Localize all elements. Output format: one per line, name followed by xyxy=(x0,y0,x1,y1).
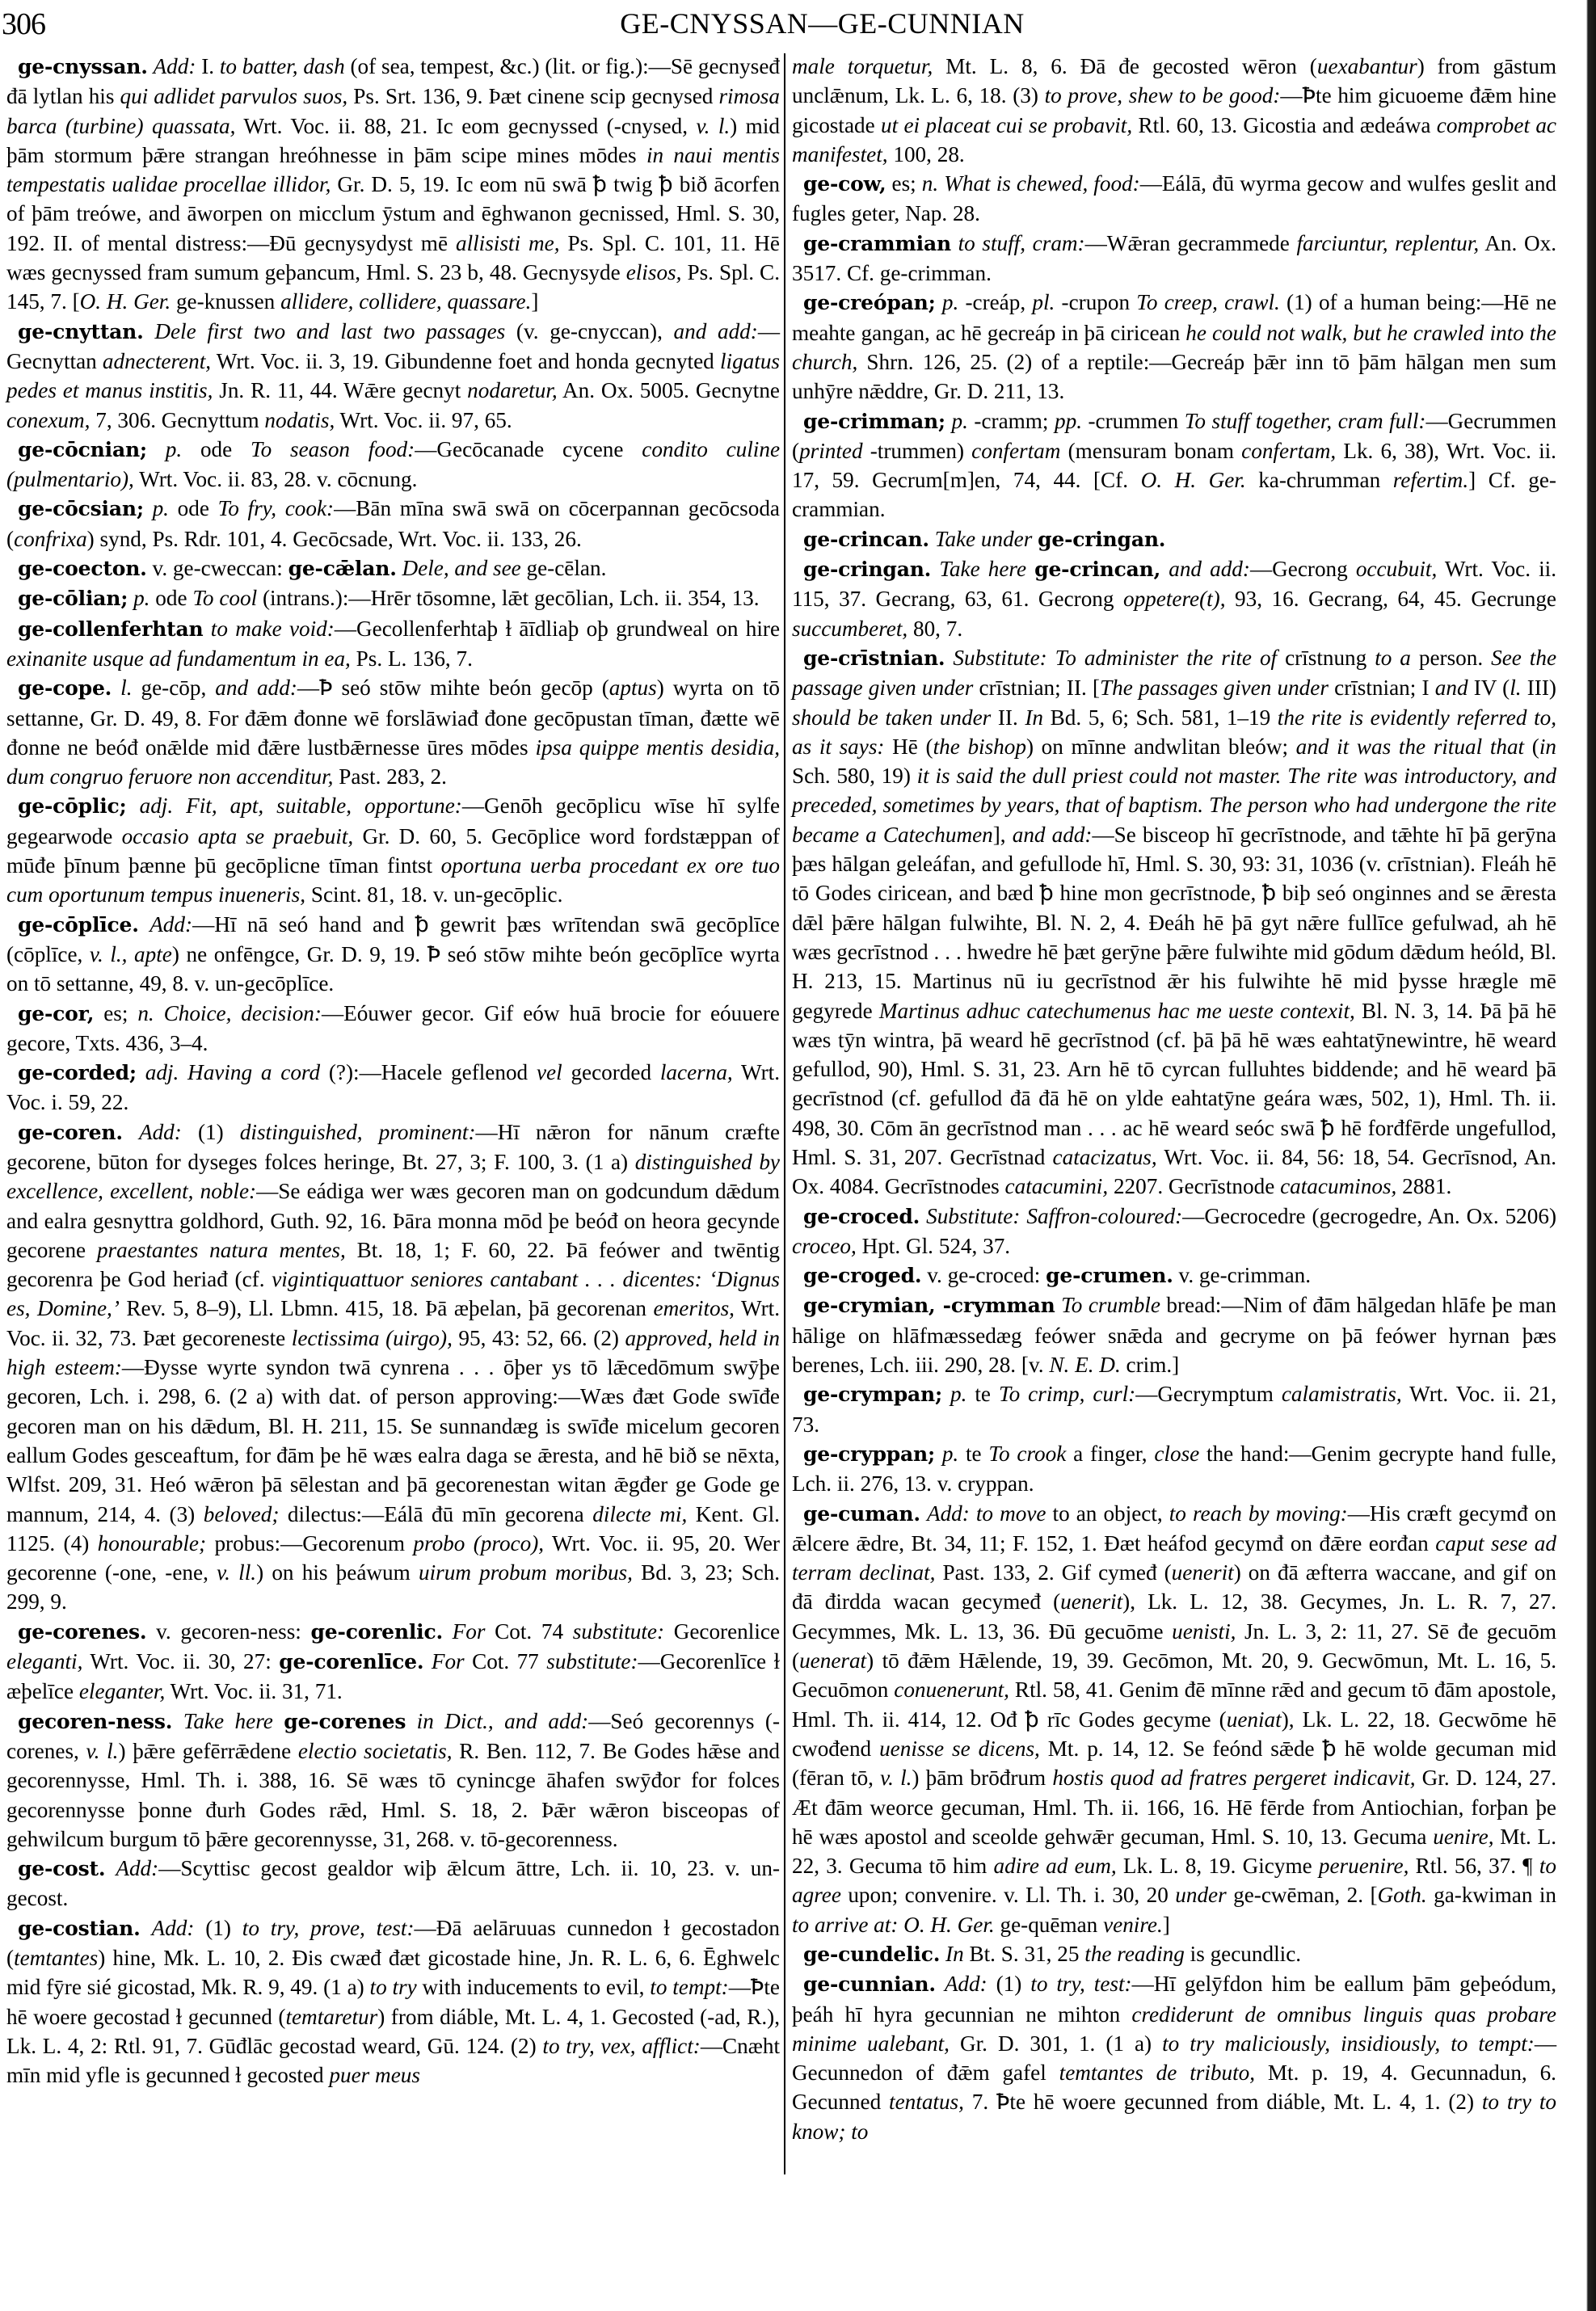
entry-text: 95, 43: 52, 66. (2) xyxy=(453,1326,625,1350)
entry-text: ], xyxy=(993,823,1013,847)
entry-text xyxy=(423,1649,431,1673)
italic-text: occasio apta se praebuit, xyxy=(122,824,354,848)
entry-headword: ge-crammian xyxy=(803,232,951,255)
entry-text: ] xyxy=(531,289,538,314)
italic-text: electio societatis, xyxy=(298,1739,453,1763)
italic-text: catacumini, xyxy=(1005,1174,1109,1198)
italic-text: adnecterent, xyxy=(103,349,211,373)
italic-text: uenerat xyxy=(799,1648,866,1673)
italic-text: to try, prove, test: xyxy=(242,1916,415,1940)
dictionary-entry: ge-costian. Add: (1) to try, prove, test… xyxy=(6,1913,780,2090)
entry-text: is gecundlic. xyxy=(1185,1942,1301,1966)
entry-text: II. xyxy=(991,705,1025,730)
italic-text: substitute: xyxy=(573,1619,664,1644)
entry-text xyxy=(931,557,939,581)
italic-text: eleganter, xyxy=(79,1679,165,1703)
entry-text: ) þǣre gefērrǣdene xyxy=(118,1739,297,1763)
entry-text xyxy=(172,1709,183,1733)
entry-text: te xyxy=(958,1442,988,1466)
italic-text: p. xyxy=(153,496,169,520)
entry-text: ( xyxy=(1524,735,1539,759)
entry-text: Bl. N. 3, 14. Þā þā hē wæs tȳn wintra, þ… xyxy=(792,999,1556,1169)
entry-text: ode xyxy=(149,586,192,610)
italic-text: to arrive at: O. H. Ger. xyxy=(792,1913,995,1937)
entry-headword: ge-cor, xyxy=(18,1002,94,1025)
dictionary-entry: ge-crympan; p. te To crimp, curl:—Gecrym… xyxy=(792,1379,1556,1439)
entry-headword: ge-cuman. xyxy=(803,1502,920,1526)
italic-text: To crook xyxy=(988,1442,1066,1466)
entry-text: Ps. Srt. 136, 9. Þæt cinene scip gecnyse… xyxy=(347,84,718,108)
entry-text: Wrt. Voc. ii. 97, 65. xyxy=(335,408,512,432)
dictionary-entry: ge-coren. Add: (1) distinguished, promin… xyxy=(6,1118,780,1617)
entry-text: ge-quēman xyxy=(995,1913,1103,1937)
italic-text: adj. Fit, apt, suitable, opportune: xyxy=(140,793,462,818)
entry-text: Wrt. Voc. ii. 88, 21. Ic eom gecnyssed (… xyxy=(235,114,696,138)
entry-text: te xyxy=(966,1382,999,1406)
italic-text: n. Choice, decision: xyxy=(137,1001,322,1025)
entry-text xyxy=(1160,557,1169,581)
entry-text: Wrt. Voc. ii. 3, 19. Gibundenne foet and… xyxy=(211,349,720,373)
dictionary-entry: ge-crimman; p. -cramm; pp. -crummen To s… xyxy=(792,406,1556,524)
italic-text: Add: xyxy=(152,1916,195,1940)
entry-text xyxy=(137,1060,145,1084)
entry-text: dilectus:—Eálā đū mīn gecorena xyxy=(279,1502,592,1526)
italic-text: ueniat xyxy=(1227,1707,1282,1732)
entry-headword: ge-cunnian. xyxy=(803,1972,936,1996)
italic-text: N. E. D. xyxy=(1049,1353,1120,1377)
entry-headword: ge-collenferhtan xyxy=(18,617,203,641)
entry-headword: ge-cōlian; xyxy=(18,587,128,610)
italic-text: eleganti, xyxy=(6,1649,82,1673)
entry-text xyxy=(406,1709,416,1733)
entry-headword: ge-croced. xyxy=(803,1205,920,1228)
italic-text: ut ei placeat cui se probavit, xyxy=(881,113,1132,137)
italic-text: pl. xyxy=(1032,290,1055,314)
entry-text xyxy=(1026,557,1034,581)
italic-text: confertam xyxy=(971,439,1060,463)
entry-text: v. gecoren-ness: xyxy=(146,1619,310,1644)
entry-text: Gr. D. 301, 1. (1 a) xyxy=(950,2031,1162,2056)
entry-text: -cramm; xyxy=(968,409,1055,433)
italic-text: to try xyxy=(370,1975,417,1999)
dictionary-entry: ge-cunnian. Add: (1) to try, test:—Hī ge… xyxy=(792,1969,1556,2146)
italic-text: Add: xyxy=(154,54,196,78)
entry-text: ga-kwiman in xyxy=(1427,1883,1556,1907)
dictionary-entry: male torquetur, Mt. L. 8, 6. Đā đe gecos… xyxy=(792,52,1556,169)
italic-text: praestantes natura mentes, xyxy=(97,1238,346,1262)
entry-text: 80, 7. xyxy=(907,617,962,641)
italic-text: tentatus, xyxy=(889,2090,964,2114)
entry-text: (?):—Hacele geflenod xyxy=(320,1060,537,1084)
italic-text: distinguished, prominent: xyxy=(240,1120,476,1144)
italic-text: in xyxy=(1539,735,1556,759)
entry-text: ] xyxy=(1163,1913,1170,1937)
dictionary-entry: ge-cnyssan. Add: I. to batter, dash (of … xyxy=(6,52,780,317)
italic-text: uenire, xyxy=(1433,1825,1493,1849)
dictionary-entry: ge-cōplic; adj. Fit, apt, suitable, oppo… xyxy=(6,791,780,909)
cross-ref-headword: ge-cǣlan. xyxy=(288,557,397,580)
entry-text: crim.] xyxy=(1121,1353,1179,1377)
italic-text: in Dict., and add: xyxy=(417,1709,589,1733)
entry-text: —Gecrong xyxy=(1250,557,1356,581)
entry-headword: gecoren-ness. xyxy=(18,1710,172,1733)
italic-text: to try maliciously, insidiously, to temp… xyxy=(1162,2031,1535,2056)
entry-text: Cot. 74 xyxy=(485,1619,572,1644)
dictionary-entry: ge-cryppan; p. te To crook a finger, clo… xyxy=(792,1439,1556,1499)
italic-text: confrixa xyxy=(14,527,87,551)
entry-text: ge-knussen xyxy=(171,289,280,314)
italic-text: O. H. Ger. xyxy=(1141,468,1246,492)
dictionary-entry: ge-crincan. Take under ge-cringan. xyxy=(792,524,1556,554)
italic-text: exinanite usque ad fundamentum in ea, xyxy=(6,646,351,671)
italic-text: The passages given under xyxy=(1100,676,1329,700)
dictionary-entry: ge-coecton. v. ge-cweccan: ge-cǣlan. Del… xyxy=(6,554,780,583)
italic-text: croceo, xyxy=(792,1234,857,1258)
italic-text: l. xyxy=(120,676,132,700)
entry-text: Ps. L. 136, 7. xyxy=(351,646,473,671)
italic-text: To fry, cook: xyxy=(218,496,335,520)
entry-text xyxy=(144,319,155,343)
italic-text: refertim. xyxy=(1393,468,1468,492)
dictionary-entry: ge-cnyttan. Dele first two and last two … xyxy=(6,317,780,435)
italic-text: puer meus xyxy=(329,2063,420,2087)
entry-text: Jn. R. 11, 44. Wǣre gecnyt xyxy=(213,378,467,402)
entry-headword: ge-crincan. xyxy=(803,528,929,551)
entry-text: 7. Ꝥte hē woere gecunned from diáble, Mt… xyxy=(964,2090,1482,2114)
italic-text: adj. Having a cord xyxy=(145,1060,320,1084)
entry-text: —Se bisceop hī gecrīstnode, and tǣhte hī… xyxy=(792,823,1556,1023)
entry-headword: ge-corenes. xyxy=(18,1620,146,1644)
entry-headword: ge-coecton. xyxy=(18,557,147,580)
entry-text xyxy=(123,1120,139,1144)
entry-text xyxy=(935,1442,942,1466)
entry-headword: ge-cōcsian; xyxy=(18,497,144,520)
italic-text: To cool xyxy=(192,586,257,610)
dictionary-entry: gecoren-ness. Take here ge-corenes in Di… xyxy=(6,1707,780,1854)
entry-headword: ge-costian. xyxy=(18,1917,141,1940)
italic-text: nodatis, xyxy=(264,408,335,432)
dictionary-entry: ge-cow, es; n. What is chewed, food:—Eál… xyxy=(792,169,1556,229)
italic-text: p. xyxy=(951,409,967,433)
entry-text: —Gecrymptum xyxy=(1135,1382,1282,1406)
entry-text xyxy=(936,1972,945,1996)
italic-text: to reach by moving: xyxy=(1169,1501,1348,1526)
italic-text: allisisti me, xyxy=(456,231,560,255)
italic-text: nodaretur, xyxy=(467,378,558,402)
entry-headword: ge-cōplic; xyxy=(18,794,127,818)
italic-text: uenerit xyxy=(1172,1560,1234,1585)
italic-text: v. l. xyxy=(880,1766,912,1790)
italic-text: to stuff, cram: xyxy=(958,231,1085,255)
italic-text: to try, vex, afflict: xyxy=(542,2034,700,2058)
column-divider xyxy=(784,53,785,2174)
italic-text: farciuntur, replentur, xyxy=(1296,231,1479,255)
entry-text xyxy=(105,1856,116,1880)
right-column: male torquetur, Mt. L. 8, 6. Đā đe gecos… xyxy=(792,52,1556,2146)
italic-text: Dele first two and last two passages xyxy=(154,319,505,343)
italic-text: n. What is chewed, food: xyxy=(922,171,1140,196)
entry-text: —Wǣran gecrammede xyxy=(1085,231,1297,255)
italic-text: Martinus adhuc catechumenus hac me ueste… xyxy=(879,999,1355,1023)
entry-text: Lk. L. 8, 19. Gicyme xyxy=(1117,1854,1319,1878)
italic-text: printed xyxy=(799,439,863,463)
entry-headword: ge-crimman; xyxy=(803,410,945,433)
entry-text: Rtl. 56, 37. ¶ xyxy=(1409,1854,1539,1878)
italic-text: uenisti, xyxy=(1172,1619,1236,1644)
italic-text: p. xyxy=(166,437,182,461)
entry-headword: ge-croged. xyxy=(803,1264,921,1287)
italic-text: the bishop xyxy=(933,735,1026,759)
entry-text: ode xyxy=(182,437,251,461)
italic-text: To crumble xyxy=(1061,1293,1160,1317)
entry-text xyxy=(148,54,154,78)
italic-text: dilecte mi, xyxy=(592,1502,687,1526)
italic-text: substitute: xyxy=(546,1649,638,1673)
dictionary-entry: ge-croged. v. ge-croced: ge-crumen. v. g… xyxy=(792,1261,1556,1290)
dictionary-entry: ge-crīstnian. Substitute: To administer … xyxy=(792,643,1556,1202)
entry-text xyxy=(920,1204,926,1228)
entry-text: crīstnian; I xyxy=(1329,676,1435,700)
italic-text: To stuff together, cram full: xyxy=(1185,409,1426,433)
italic-text: temtantes xyxy=(14,1946,98,1970)
entry-text xyxy=(273,1709,284,1733)
dictionary-entry: ge-crymian, -crymman To crumble bread:—N… xyxy=(792,1290,1556,1379)
dictionary-entry: ge-corenes. v. gecoren-ness: ge-corenlic… xyxy=(6,1617,780,1707)
italic-text: catacuminos, xyxy=(1280,1174,1396,1198)
italic-text: probo (proco), xyxy=(413,1531,544,1555)
running-head: 306 GE-CNYSSAN—GE-CUNNIAN xyxy=(0,6,1596,55)
italic-text: p. xyxy=(133,586,149,610)
italic-text: v. ll. xyxy=(217,1560,256,1585)
entry-text: Sch. 580, 19) xyxy=(792,764,917,788)
entry-text: (mensuram bonam xyxy=(1060,439,1241,463)
entry-text: ode xyxy=(169,496,218,520)
entry-text: —Đysse wyrte syndon twā cynrena . . . ōþ… xyxy=(6,1355,780,1526)
italic-text: close xyxy=(1154,1442,1199,1466)
italic-text: beloved; xyxy=(204,1502,280,1526)
italic-text: uexabantur xyxy=(1317,54,1417,78)
entry-text: IV ( xyxy=(1468,676,1510,700)
entry-headword: ge-cnyttan. xyxy=(18,320,144,343)
entry-text: Rtl. 60, 13. Gicostia and ædeáwa xyxy=(1132,113,1437,137)
entry-text: Mt. L. 8, 6. Đā đe gecosted wēron ( xyxy=(933,54,1317,78)
italic-text: Add: to move xyxy=(927,1501,1046,1526)
italic-text: Dele, and see xyxy=(402,556,521,580)
italic-text: catacizatus, xyxy=(1053,1145,1157,1169)
italic-text: calamistratis, xyxy=(1282,1382,1402,1406)
italic-text: Take under xyxy=(935,527,1033,551)
italic-text: vel xyxy=(537,1060,562,1084)
italic-text: hostis quod ad fratres pergeret indicavi… xyxy=(1052,1766,1415,1790)
entry-headword: ge-coren. xyxy=(18,1121,123,1144)
italic-text: conuenerunt, xyxy=(894,1677,1009,1702)
dictionary-entry: ge-cōlian; p. ode To cool (intrans.):—Hr… xyxy=(6,583,780,613)
entry-text: Past. 283, 2. xyxy=(333,764,446,789)
dictionary-entry: ge-cōcsian; p. ode To fry, cook:—Bān mīn… xyxy=(6,494,780,554)
italic-text: and add: xyxy=(1169,557,1250,581)
entry-text xyxy=(144,496,153,520)
italic-text: and add: xyxy=(1013,823,1093,847)
italic-text: O. H. Ger. xyxy=(80,289,171,314)
italic-text: to prove, shew to be good: xyxy=(1045,83,1281,107)
cross-ref-headword: ge-corenes xyxy=(284,1710,406,1733)
italic-text: v. l. xyxy=(697,114,731,138)
italic-text: emeritos, xyxy=(654,1296,735,1320)
italic-text: pp. xyxy=(1055,409,1082,433)
italic-text: uirum probum moribus, xyxy=(419,1560,633,1585)
italic-text: aptus xyxy=(609,676,657,700)
italic-text: v. l., apte xyxy=(90,942,172,966)
entry-text: crīstnian; II. [ xyxy=(973,676,1100,700)
italic-text: male torquetur, xyxy=(792,54,933,78)
entry-text: (1) xyxy=(182,1120,240,1144)
entry-text: III) xyxy=(1522,676,1556,700)
entry-text: (1) xyxy=(987,1972,1031,1996)
entry-text: 93, 16. Gecrang, 64, 45. Gecrunge xyxy=(1226,587,1556,611)
entry-text: probus:—Gecorenum xyxy=(206,1531,413,1555)
entry-text: a finger, xyxy=(1066,1442,1154,1466)
entry-text: Bd. 5, 6; Sch. 581, 1–19 xyxy=(1043,705,1278,730)
cross-ref-headword: ge-corenlīce. xyxy=(279,1650,423,1673)
italic-text: Take here xyxy=(183,1709,273,1733)
italic-text: For xyxy=(453,1619,486,1644)
italic-text: Add: xyxy=(945,1972,987,1996)
dictionary-entry: ge-cōcnian; p. ode To season food:—Gecōc… xyxy=(6,435,780,495)
entry-text: Wrt. Voc. ii. 83, 28. v. cōcnung. xyxy=(134,467,418,491)
cross-ref-headword: ge-crumen. xyxy=(1046,1264,1173,1287)
italic-text: Add: xyxy=(149,912,192,937)
italic-text: Take here xyxy=(939,557,1026,581)
entry-text: -creáp, xyxy=(958,290,1032,314)
dictionary-entry: ge-crammian to stuff, cram:—Wǣran gecram… xyxy=(792,229,1556,288)
entry-text: Scint. 81, 18. v. un-gecōplic. xyxy=(305,882,562,907)
italic-text: to try, test: xyxy=(1030,1972,1131,1996)
dictionary-entry: ge-cope. l. ge-cōp, and add:—Ꝥ seó stōw … xyxy=(6,673,780,791)
italic-text: adire ad eum, xyxy=(994,1854,1117,1878)
italic-text: p. xyxy=(942,1442,958,1466)
italic-text: In xyxy=(945,1942,964,1966)
entry-text xyxy=(945,646,953,670)
italic-text: should be taken under xyxy=(792,705,991,730)
italic-text: uenerit xyxy=(1060,1589,1122,1614)
entry-text: I. xyxy=(196,54,219,78)
entry-text: ) þām brōđrum xyxy=(912,1766,1052,1790)
entry-text: ) on his þeáwum xyxy=(256,1560,419,1585)
entry-text: with inducements to evil, xyxy=(417,1975,651,1999)
italic-text: In xyxy=(1025,705,1043,730)
cross-ref-headword: ge-crincan, xyxy=(1034,558,1160,581)
italic-text: and add: xyxy=(215,676,297,700)
entry-text xyxy=(443,1619,453,1644)
entry-text: Bt. S. 31, 25 xyxy=(964,1942,1085,1966)
italic-text: temtaretur xyxy=(285,2005,377,2029)
italic-text: allidere, collidere, quassare. xyxy=(280,289,531,314)
italic-text: Substitute: To administer the rite of xyxy=(953,646,1277,670)
entry-text xyxy=(920,1501,927,1526)
entry-text: ) synd, Ps. Rdr. 101, 4. Gecōcsade, Wrt.… xyxy=(87,527,582,551)
entry-text xyxy=(951,231,958,255)
entry-text: —Ꝥ seó stōw mihte beón gecōp ( xyxy=(297,676,609,700)
left-column: ge-cnyssan. Add: I. to batter, dash (of … xyxy=(6,52,780,2090)
entry-text: (1) xyxy=(194,1916,242,1940)
entry-text: -trummen) xyxy=(863,439,972,463)
italic-text: lectissima (uirgo), xyxy=(292,1326,453,1350)
entry-text: -crupon xyxy=(1055,290,1136,314)
entry-headword: ge-cow, xyxy=(803,172,886,196)
italic-text: venire. xyxy=(1103,1913,1163,1937)
entry-text: 2207. Gecrīstnode xyxy=(1108,1174,1280,1198)
entry-text xyxy=(929,527,935,551)
italic-text: Substitute: Saffron-coloured: xyxy=(926,1204,1182,1228)
entry-text: upon; convenire. v. Ll. Th. i. 30, 20 xyxy=(841,1883,1175,1907)
entry-headword: ge-cringan. xyxy=(803,558,931,581)
entry-headword: ge-crīstnian. xyxy=(803,646,945,670)
entry-headword: ge-cōcnian; xyxy=(18,438,147,461)
italic-text: l. xyxy=(1510,676,1521,700)
entry-text: gecorded xyxy=(562,1060,660,1084)
italic-text: honourable; xyxy=(98,1531,206,1555)
cross-ref-headword: ge-cringan. xyxy=(1038,528,1165,551)
dictionary-entry: ge-cost. Add:—Scyttisc gecost gealdor wi… xyxy=(6,1854,780,1913)
entry-text: Shrn. 126, 25. (2) of a reptile:—Gecreáp… xyxy=(792,350,1556,403)
entry-text: es; xyxy=(886,171,921,196)
entry-text xyxy=(112,676,120,700)
dictionary-entry: ge-cor, es; n. Choice, decision:—Eóuwer … xyxy=(6,999,780,1059)
entry-text: to an object, xyxy=(1046,1501,1169,1526)
page-title: GE-CNYSSAN—GE-CUNNIAN xyxy=(0,6,1596,40)
dictionary-entry: ge-cuman. Add: to move to an object, to … xyxy=(792,1499,1556,1939)
entry-text: Hē ( xyxy=(884,735,933,759)
dictionary-entry: ge-cringan. Take here ge-crincan, and ad… xyxy=(792,554,1556,643)
italic-text: under xyxy=(1175,1883,1226,1907)
italic-text: and it was the ritual that xyxy=(1296,735,1524,759)
scan-edge xyxy=(1583,0,1596,2311)
entry-text xyxy=(147,437,166,461)
entry-headword: ge-crymian, -crymman xyxy=(803,1294,1055,1317)
entry-text: Cot. 77 xyxy=(465,1649,547,1673)
italic-text: To creep, crawl. xyxy=(1136,290,1280,314)
entry-text: —Gecrocedre (gecrogedre, An. Ox. 5206) xyxy=(1182,1204,1556,1228)
entry-text: Past. 133, 2. Gif cymeđ ( xyxy=(935,1560,1171,1585)
entry-text xyxy=(942,1382,950,1406)
entry-text: ka-chrumman xyxy=(1246,468,1393,492)
entry-text: (intrans.):—Hrēr tōsomne, lǣt gecōlian, … xyxy=(257,586,759,610)
entry-headword: ge-corded; xyxy=(18,1061,137,1084)
italic-text: elisos, xyxy=(626,260,682,284)
entry-text: v. ge-crimman. xyxy=(1173,1263,1311,1287)
entry-text xyxy=(139,912,149,937)
italic-text: To season food: xyxy=(251,437,415,461)
italic-text: To crimp, curl: xyxy=(999,1382,1135,1406)
entry-headword: ge-creópan; xyxy=(803,291,936,314)
dictionary-entry: ge-corded; adj. Having a cord (?):—Hacel… xyxy=(6,1058,780,1118)
italic-text: occubuit, xyxy=(1356,557,1437,581)
italic-text: and xyxy=(1435,676,1468,700)
entry-text: (v. ge-cnyccan), xyxy=(505,319,673,343)
italic-text: to batter, dash xyxy=(220,54,345,78)
italic-text: to make void: xyxy=(211,617,335,641)
italic-text: oppetere(t), xyxy=(1123,587,1226,611)
italic-text: confertam, xyxy=(1241,439,1336,463)
entry-text: ge-cwēman, 2. [ xyxy=(1227,1883,1378,1907)
italic-text: to tempt: xyxy=(650,1975,728,1999)
entry-text xyxy=(203,617,210,641)
italic-text: uenisse se dicens, xyxy=(879,1736,1040,1761)
italic-text: to a xyxy=(1375,646,1411,670)
entry-text: —Gecollenferhtaþ ɫ āīdliaþ oþ grundweal … xyxy=(335,617,780,641)
entry-text: ) on mīnne andwlitan bleów; xyxy=(1026,735,1296,759)
entry-text: 7, 306. Gecnyttum xyxy=(90,408,264,432)
